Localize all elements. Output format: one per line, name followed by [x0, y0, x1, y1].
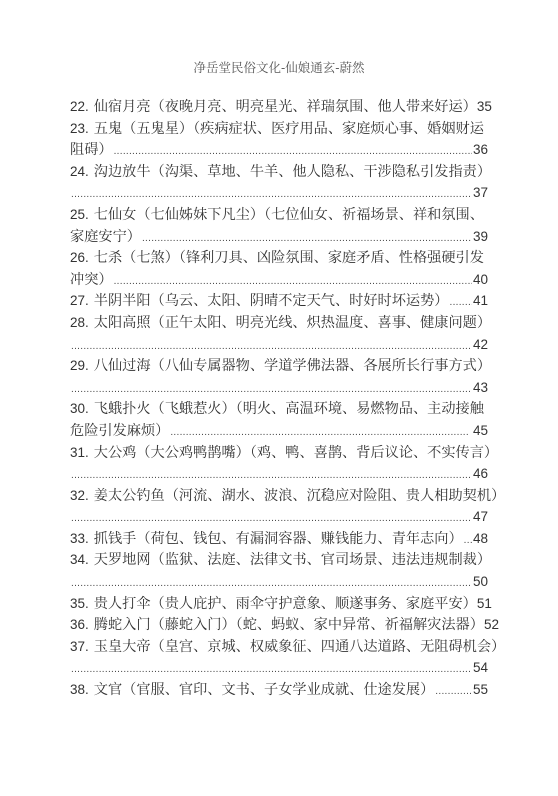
- toc-entry-37-cont[interactable]: 54: [70, 657, 488, 679]
- leader-dots: [435, 681, 472, 703]
- toc-page: 43: [473, 377, 488, 399]
- toc-number: 33.: [70, 528, 89, 550]
- leader-dots: [71, 465, 472, 487]
- leader-dots: [464, 530, 472, 552]
- toc-title: 沟边放牛（沟渠、草地、牛羊、他人隐私、干涉隐私引发指责）: [94, 162, 491, 184]
- toc-entry-32-cont[interactable]: 47: [70, 506, 488, 528]
- toc-entry-32[interactable]: 32. 姜太公钓鱼（河流、湖水、波浪、沉稳应对险阻、贵人相助契机）: [70, 485, 488, 507]
- table-of-contents: 22. 仙宿月亮（夜晚月亮、明亮星光、祥瑞氛围、他人带来好运） 35 23. 五…: [70, 96, 488, 701]
- toc-entry-37[interactable]: 37. 玉皇大帝（皇宫、京城、权威象征、四通八达道路、无阻碍机会）: [70, 636, 488, 658]
- toc-number: 37.: [70, 636, 89, 658]
- toc-entry-34-cont[interactable]: 50: [70, 571, 488, 593]
- toc-entry-27[interactable]: 27. 半阴半阳（乌云、太阳、阴晴不定天气、时好时坏运势） 41: [70, 290, 488, 312]
- toc-number: 30.: [70, 398, 89, 420]
- toc-entry-25-cont[interactable]: 家庭安宁） 39: [70, 226, 488, 248]
- toc-number: 34.: [70, 549, 89, 571]
- toc-entry-22[interactable]: 22. 仙宿月亮（夜晚月亮、明亮星光、祥瑞氛围、他人带来好运） 35: [70, 96, 488, 118]
- toc-number: 26.: [70, 247, 89, 269]
- toc-number: 27.: [70, 290, 89, 312]
- toc-entry-28[interactable]: 28. 太阳高照（正午太阳、明亮光线、炽热温度、喜事、健康问题）: [70, 312, 488, 334]
- toc-number: 31.: [70, 442, 89, 464]
- toc-entry-24[interactable]: 24. 沟边放牛（沟渠、草地、牛羊、他人隐私、干涉隐私引发指责）: [70, 161, 488, 183]
- toc-title: 贵人打伞（贵人庇护、雨伞守护意象、顺遂事务、家庭平安）: [94, 594, 477, 616]
- toc-entry-29-cont[interactable]: 43: [70, 377, 488, 399]
- toc-number: 24.: [70, 161, 89, 183]
- toc-entry-28-cont[interactable]: 42: [70, 334, 488, 356]
- toc-title: 仙宿月亮（夜晚月亮、明亮星光、祥瑞氛围、他人带来好运）: [94, 97, 477, 119]
- leader-dots: [449, 292, 471, 314]
- leader-dots: [170, 422, 469, 444]
- toc-number: 38.: [70, 679, 89, 701]
- toc-entry-31[interactable]: 31. 大公鸡（大公鸡鸭鹊嘴）（鸡、鸭、喜鹊、背后议论、不实传言）: [70, 442, 488, 464]
- toc-title: 抓钱手（荷包、钱包、有漏洞容器、赚钱能力、青年志向）: [94, 529, 463, 551]
- toc-page: 47: [473, 506, 488, 528]
- toc-number: 32.: [70, 485, 89, 507]
- toc-number: 36.: [70, 614, 89, 636]
- toc-title: 七仙女（七仙姊妹下凡尘）（七位仙女、祈福场景、祥和氛围、: [94, 205, 484, 227]
- toc-title: 七杀（七煞）（锋利刀具、凶险氛围、家庭矛盾、性格强硬引发: [94, 248, 484, 270]
- toc-title: 太阳高照（正午太阳、明亮光线、炽热温度、喜事、健康问题）: [94, 313, 491, 335]
- toc-entry-36[interactable]: 36. 腾蛇入门（藤蛇入门）（蛇、蚂蚁、家中异常、祈福解灾法器） 52: [70, 614, 496, 636]
- toc-entry-34[interactable]: 34. 天罗地网（监狱、法庭、法律文书、官司场景、违法违规制裁）: [70, 549, 488, 571]
- toc-number: 22.: [70, 96, 89, 118]
- toc-entry-31-cont[interactable]: 46: [70, 463, 488, 485]
- toc-title: 天罗地网（监狱、法庭、法律文书、官司场景、违法违规制裁）: [94, 550, 491, 572]
- toc-page: 41: [473, 290, 488, 312]
- toc-title: 飞蛾扑火（飞蛾惹火）（明火、高温环境、易燃物品、主动接触: [94, 399, 484, 421]
- leader-dots: [71, 508, 472, 530]
- toc-title: 玉皇大帝（皇宫、京城、权威象征、四通八达道路、无阻碍机会）: [94, 637, 505, 659]
- toc-page: 55: [473, 679, 488, 701]
- toc-page: 52: [484, 614, 499, 636]
- toc-page: 36: [473, 139, 488, 161]
- toc-title: 大公鸡（大公鸡鸭鹊嘴）（鸡、鸭、喜鹊、背后议论、不实传言）: [94, 443, 498, 465]
- toc-entry-26[interactable]: 26. 七杀（七煞）（锋利刀具、凶险氛围、家庭矛盾、性格强硬引发: [70, 247, 488, 269]
- toc-number: 35.: [70, 593, 89, 615]
- leader-dots: [114, 271, 472, 293]
- toc-title-cont: 危险引发麻烦）: [70, 421, 169, 443]
- toc-page: 39: [473, 226, 488, 248]
- toc-entry-25[interactable]: 25. 七仙女（七仙姊妹下凡尘）（七位仙女、祈福场景、祥和氛围、: [70, 204, 488, 226]
- toc-title-cont: 阻碍）: [70, 140, 113, 162]
- toc-page: 42: [473, 334, 488, 356]
- page-header: 净岳堂民俗文化-仙娘通玄-蔚然: [0, 58, 558, 76]
- leader-dots: [142, 228, 472, 250]
- toc-page: 48: [473, 528, 488, 550]
- toc-entry-24-cont[interactable]: 37: [70, 182, 488, 204]
- toc-page: 46: [473, 463, 488, 485]
- toc-page: 45: [473, 420, 488, 442]
- toc-entry-26-cont[interactable]: 冲突） 40: [70, 269, 488, 291]
- toc-title: 腾蛇入门（藤蛇入门）（蛇、蚂蚁、家中异常、祈福解灾法器）: [94, 615, 484, 637]
- toc-page: 50: [473, 571, 488, 593]
- toc-page: 40: [473, 269, 488, 291]
- toc-entry-23-cont[interactable]: 阻碍） 36: [70, 139, 488, 161]
- toc-entry-29[interactable]: 29. 八仙过海（八仙专属器物、学道学佛法器、各展所长行事方式）: [70, 355, 488, 377]
- toc-page: 51: [477, 593, 492, 615]
- toc-title: 八仙过海（八仙专属器物、学道学佛法器、各展所长行事方式）: [94, 356, 491, 378]
- toc-page: 54: [473, 657, 488, 679]
- toc-title: 文官（官服、官印、文书、子女学业成就、仕途发展）: [94, 680, 435, 702]
- leader-dots: [71, 659, 472, 681]
- toc-entry-30-cont[interactable]: 危险引发麻烦） 45: [70, 420, 488, 442]
- leader-dots: [71, 336, 472, 358]
- leader-dots: [114, 141, 472, 163]
- toc-title: 姜太公钓鱼（河流、湖水、波浪、沉稳应对险阻、贵人相助契机）: [94, 486, 505, 508]
- toc-title: 半阴半阳（乌云、太阳、阴晴不定天气、时好时坏运势）: [94, 291, 449, 313]
- toc-number: 28.: [70, 312, 89, 334]
- toc-entry-35[interactable]: 35. 贵人打伞（贵人庇护、雨伞守护意象、顺遂事务、家庭平安） 51: [70, 593, 488, 615]
- toc-page: 37: [473, 182, 488, 204]
- toc-entry-38[interactable]: 38. 文官（官服、官印、文书、子女学业成就、仕途发展） 55: [70, 679, 488, 701]
- toc-title: 五鬼（五鬼星）（疾病症状、医疗用品、家庭烦心事、婚姻财运: [94, 119, 484, 141]
- toc-page: 35: [477, 96, 492, 118]
- toc-entry-30[interactable]: 30. 飞蛾扑火（飞蛾惹火）（明火、高温环境、易燃物品、主动接触: [70, 398, 488, 420]
- toc-entry-23[interactable]: 23. 五鬼（五鬼星）（疾病症状、医疗用品、家庭烦心事、婚姻财运: [70, 118, 488, 140]
- toc-title-cont: 家庭安宁）: [70, 227, 141, 249]
- toc-title-cont: 冲突）: [70, 270, 113, 292]
- leader-dots: [71, 184, 472, 206]
- leader-dots: [71, 379, 472, 401]
- toc-entry-33[interactable]: 33. 抓钱手（荷包、钱包、有漏洞容器、赚钱能力、青年志向） 48: [70, 528, 488, 550]
- toc-number: 25.: [70, 204, 89, 226]
- toc-number: 23.: [70, 118, 89, 140]
- toc-number: 29.: [70, 355, 89, 377]
- leader-dots: [71, 573, 472, 595]
